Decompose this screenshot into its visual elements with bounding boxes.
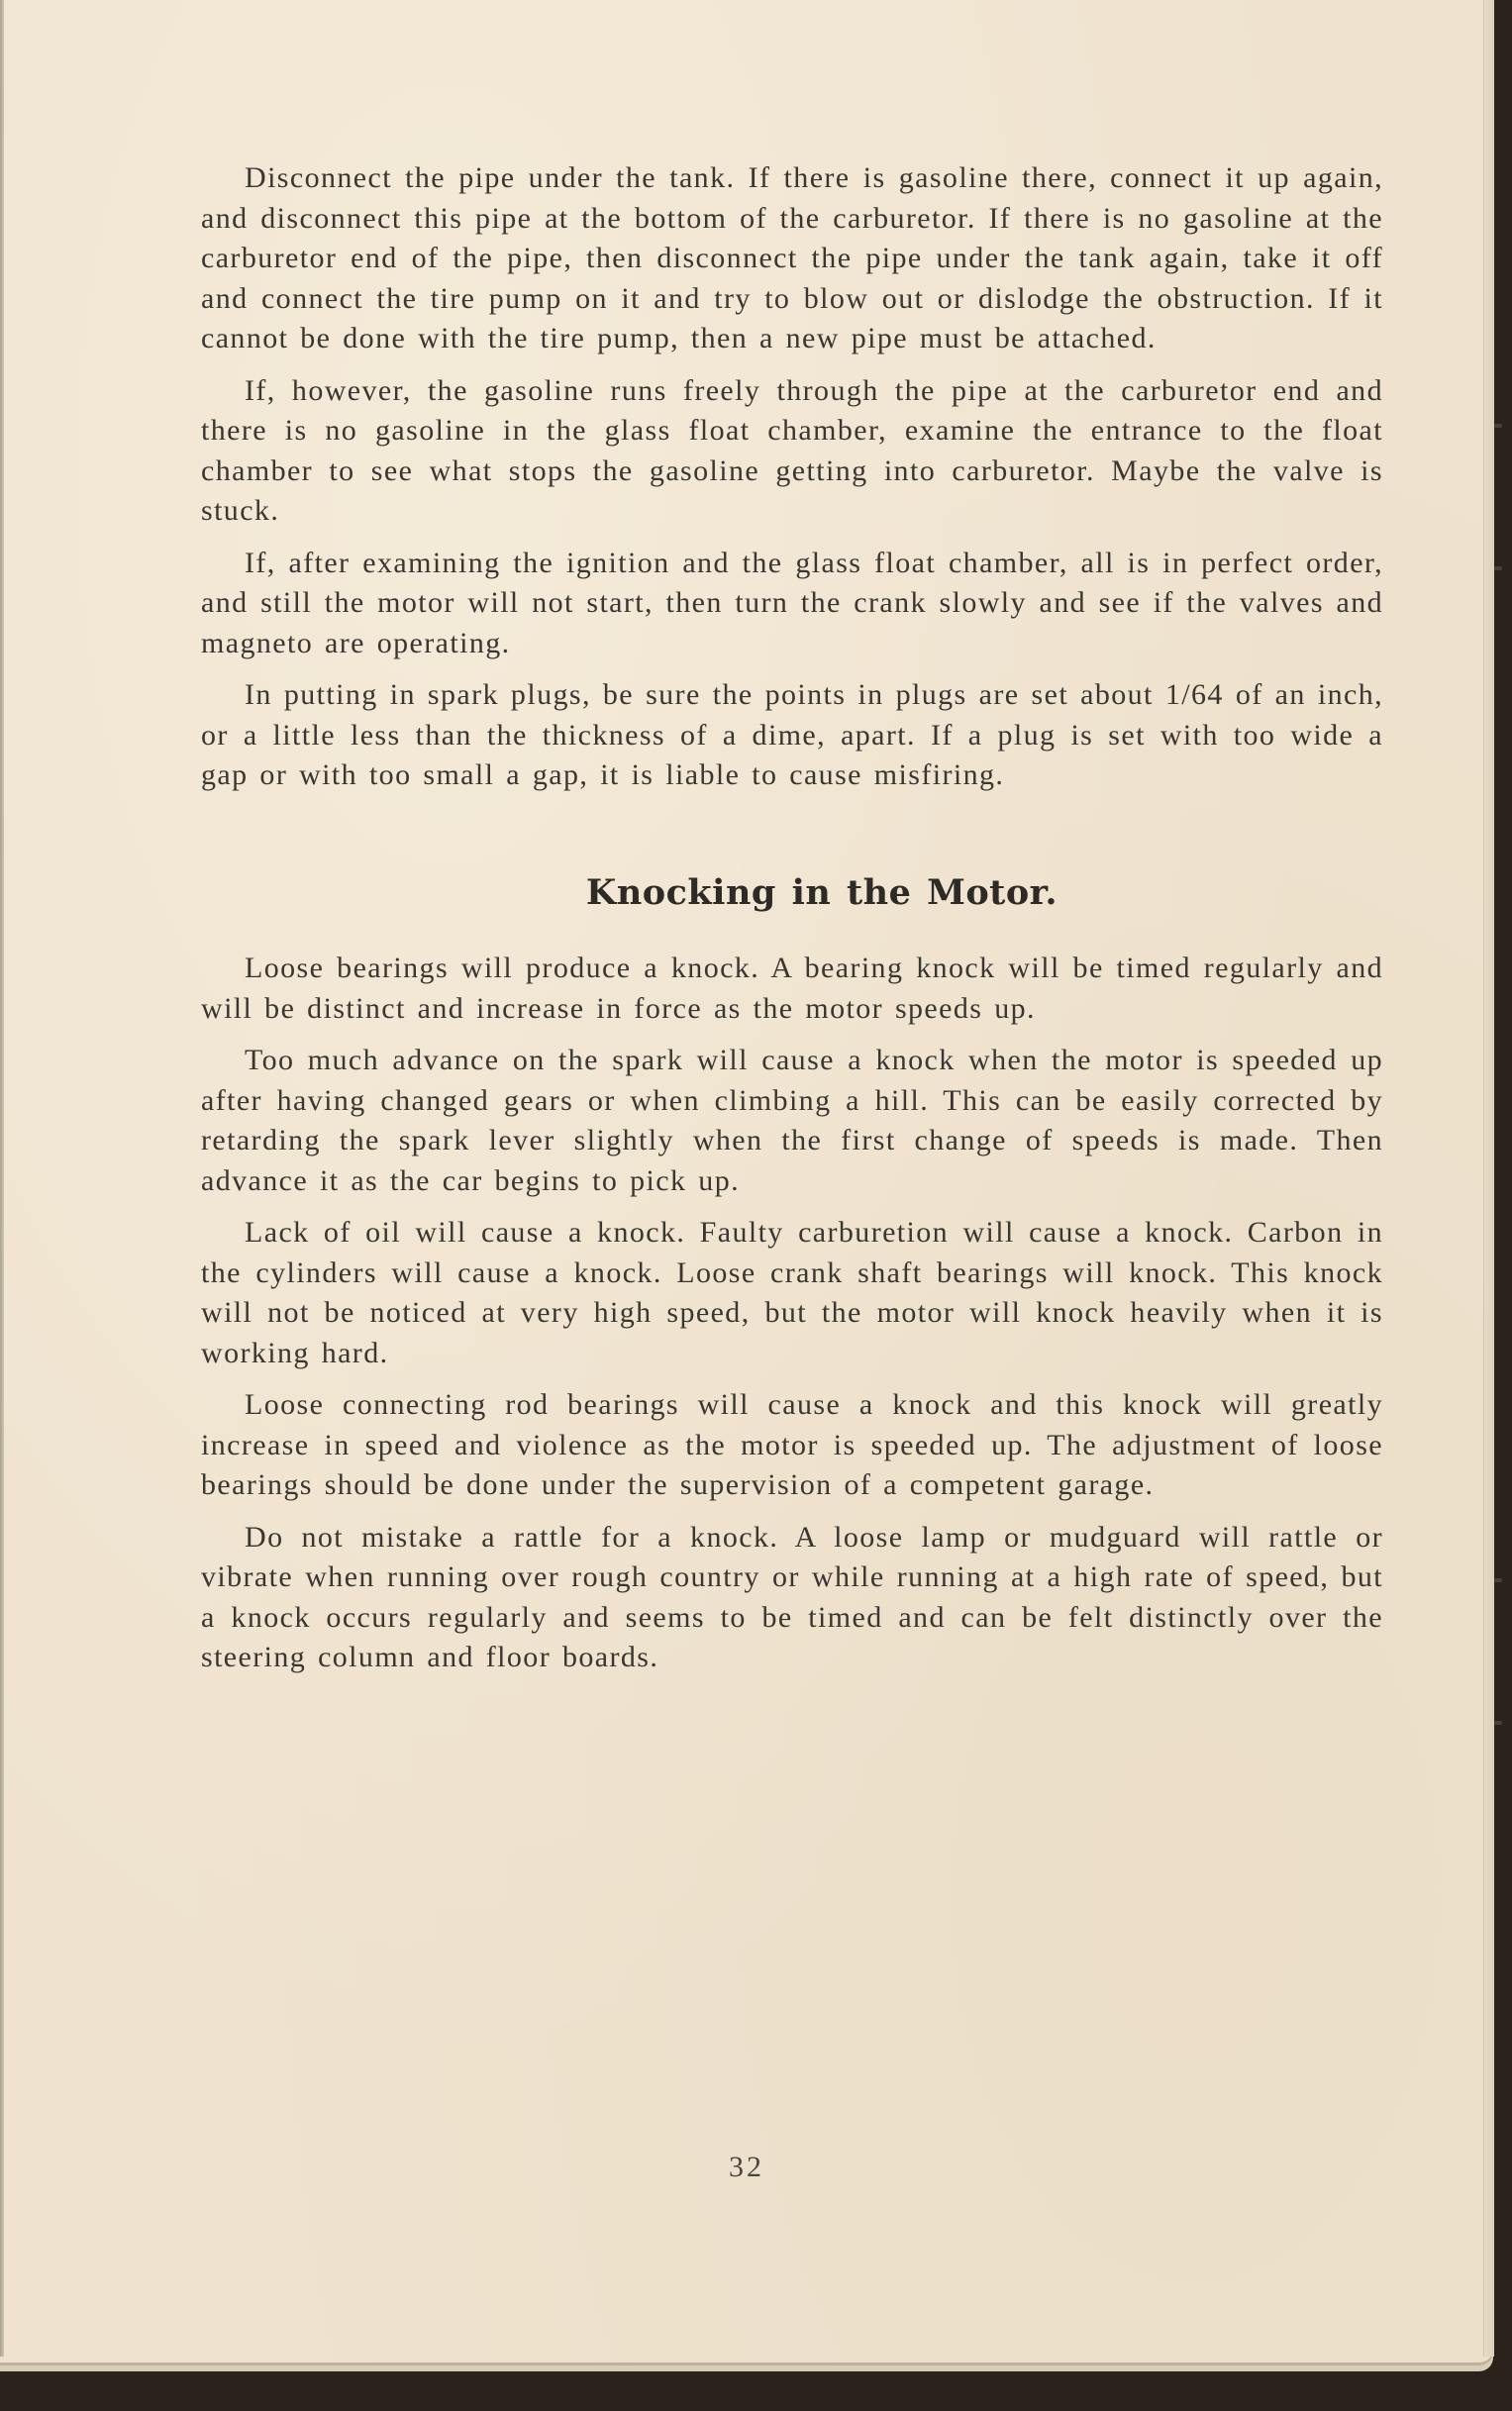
paragraph: Too much advance on the spark will cause… [201,1041,1383,1201]
binding-stitch-mark [1494,1578,1502,1582]
page-number: 32 [0,2151,1493,2184]
paragraph: If, after examining the ignition and the… [201,544,1383,664]
paragraph: Lack of oil will cause a knock. Faulty c… [201,1213,1383,1373]
page-content: Disconnect the pipe under the tank. If t… [201,158,1383,1690]
paragraph: Loose bearings will produce a knock. A b… [201,949,1383,1029]
paragraph: Loose connecting rod bearings will cause… [201,1385,1383,1506]
paragraph: Do not mistake a rattle for a knock. A l… [201,1518,1383,1678]
page-binding-edge [1483,0,1494,2357]
paragraph: In putting in spark plugs, be sure the p… [201,675,1383,796]
paragraph: If, however, the gasoline runs freely th… [201,371,1383,532]
section-heading: Knocking in the Motor. [201,873,1383,914]
binding-stitch-mark [1494,424,1502,428]
binding-stitch-mark [1494,1721,1502,1725]
book-page: Disconnect the pipe under the tank. If t… [0,0,1493,2371]
paragraph: Disconnect the pipe under the tank. If t… [201,158,1383,359]
binding-stitch-mark [1494,566,1502,570]
page-left-edge [0,0,4,2357]
